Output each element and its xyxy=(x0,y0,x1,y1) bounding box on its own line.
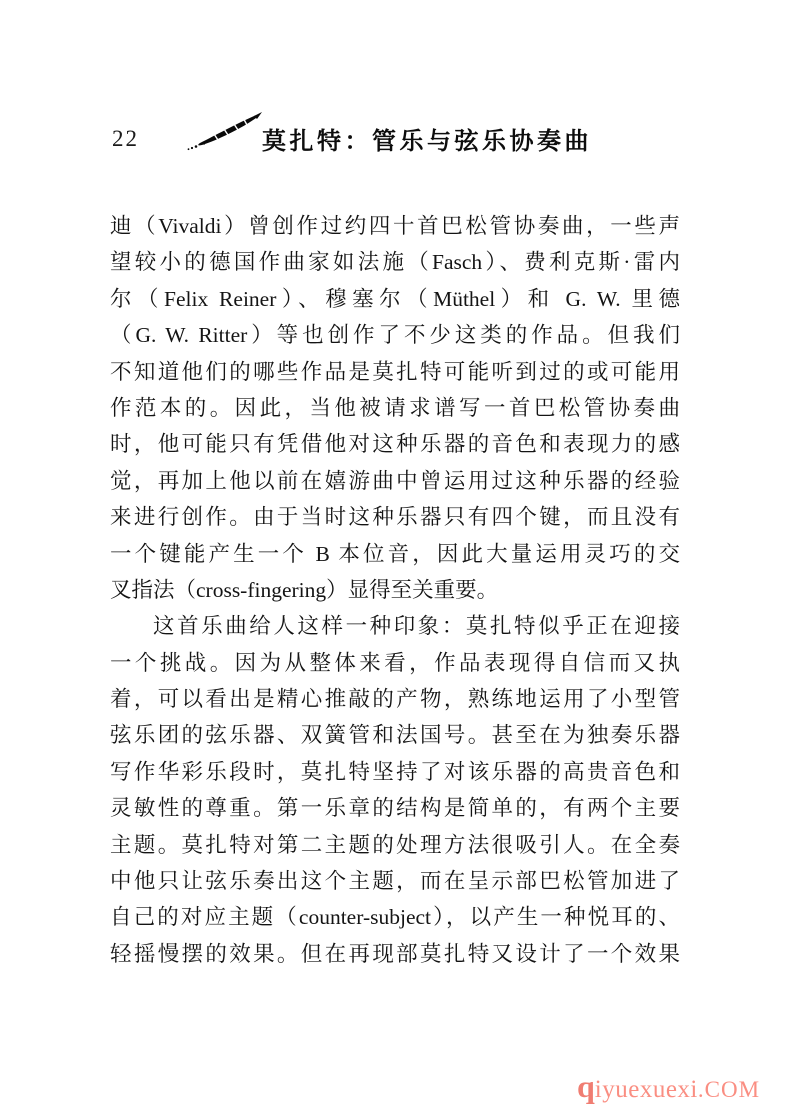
text-line: 轻摇慢摆的效果。但在再现部莫扎特又设计了一个效果 xyxy=(110,936,680,972)
text-line-paragraph-end: 叉指法（cross-fingering）显得至关重要。 xyxy=(110,572,680,608)
text-line: 望较小的德国作曲家如法施（Fasch）、费利克斯·雷内 xyxy=(110,244,680,280)
quill-pen-icon xyxy=(184,110,270,154)
text-line: 弦乐团的弦乐器、双簧管和法国号。甚至在为独奏乐器 xyxy=(110,717,680,753)
text-line: 中他只让弦乐奏出这个主题，而在呈示部巴松管加进了 xyxy=(110,863,680,899)
text-line: 来进行创作。由于当时这种乐器只有四个键，而且没有 xyxy=(110,499,680,535)
text-line: 灵敏性的尊重。第一乐章的结构是简单的，有两个主要 xyxy=(110,790,680,826)
watermark-initial: q xyxy=(577,1068,595,1104)
text-line: 一个挑战。因为从整体来看，作品表现得自信而又执 xyxy=(110,645,680,681)
site-watermark: qiyuexuexi.COM xyxy=(577,1068,760,1111)
text-line: 自己的对应主题（counter-subject），以产生一种悦耳的、 xyxy=(110,899,680,935)
watermark-domain-suffix: .COM xyxy=(698,1077,760,1102)
text-line-paragraph-start: 这首乐曲给人这样一种印象：莫扎特似乎正在迎接 xyxy=(110,608,680,644)
text-line: （G. W. Ritter）等也创作了不少这类的作品。但我们 xyxy=(110,317,680,353)
scanned-book-page: 22 莫扎特：管乐与弦乐协奏曲 迪（Vivaldi）曾创作过约四十首巴松管协奏曲… xyxy=(0,0,794,1120)
page-number: 22 xyxy=(112,126,139,152)
running-header-title: 莫扎特：管乐与弦乐协奏曲 xyxy=(262,121,592,156)
text-line: 觉，再加上他以前在嬉游曲中曾运用过这种乐器的经验 xyxy=(110,463,680,499)
text-line: 写作华彩乐段时，莫扎特坚持了对该乐器的高贵音色和 xyxy=(110,754,680,790)
text-line: 着，可以看出是精心推敲的产物，熟练地运用了小型管 xyxy=(110,681,680,717)
text-line: 一个键能产生一个 B 本位音，因此大量运用灵巧的交 xyxy=(110,536,680,572)
watermark-text: iyuexuexi xyxy=(595,1076,698,1103)
page-body-text: 迪（Vivaldi）曾创作过约四十首巴松管协奏曲，一些声 望较小的德国作曲家如法… xyxy=(110,208,680,972)
text-line: 迪（Vivaldi）曾创作过约四十首巴松管协奏曲，一些声 xyxy=(110,208,680,244)
text-line: 时，他可能只有凭借他对这种乐器的音色和表现力的感 xyxy=(110,426,680,462)
text-line: 尔（Felix Reiner）、穆塞尔（Müthel）和 G. W. 里德 xyxy=(110,281,680,317)
text-line: 作范本的。因此，当他被请求谱写一首巴松管协奏曲 xyxy=(110,390,680,426)
text-line: 不知道他们的哪些作品是莫扎特可能听到过的或可能用 xyxy=(110,354,680,390)
text-line: 主题。莫扎特对第二主题的处理方法很吸引人。在全奏 xyxy=(110,827,680,863)
